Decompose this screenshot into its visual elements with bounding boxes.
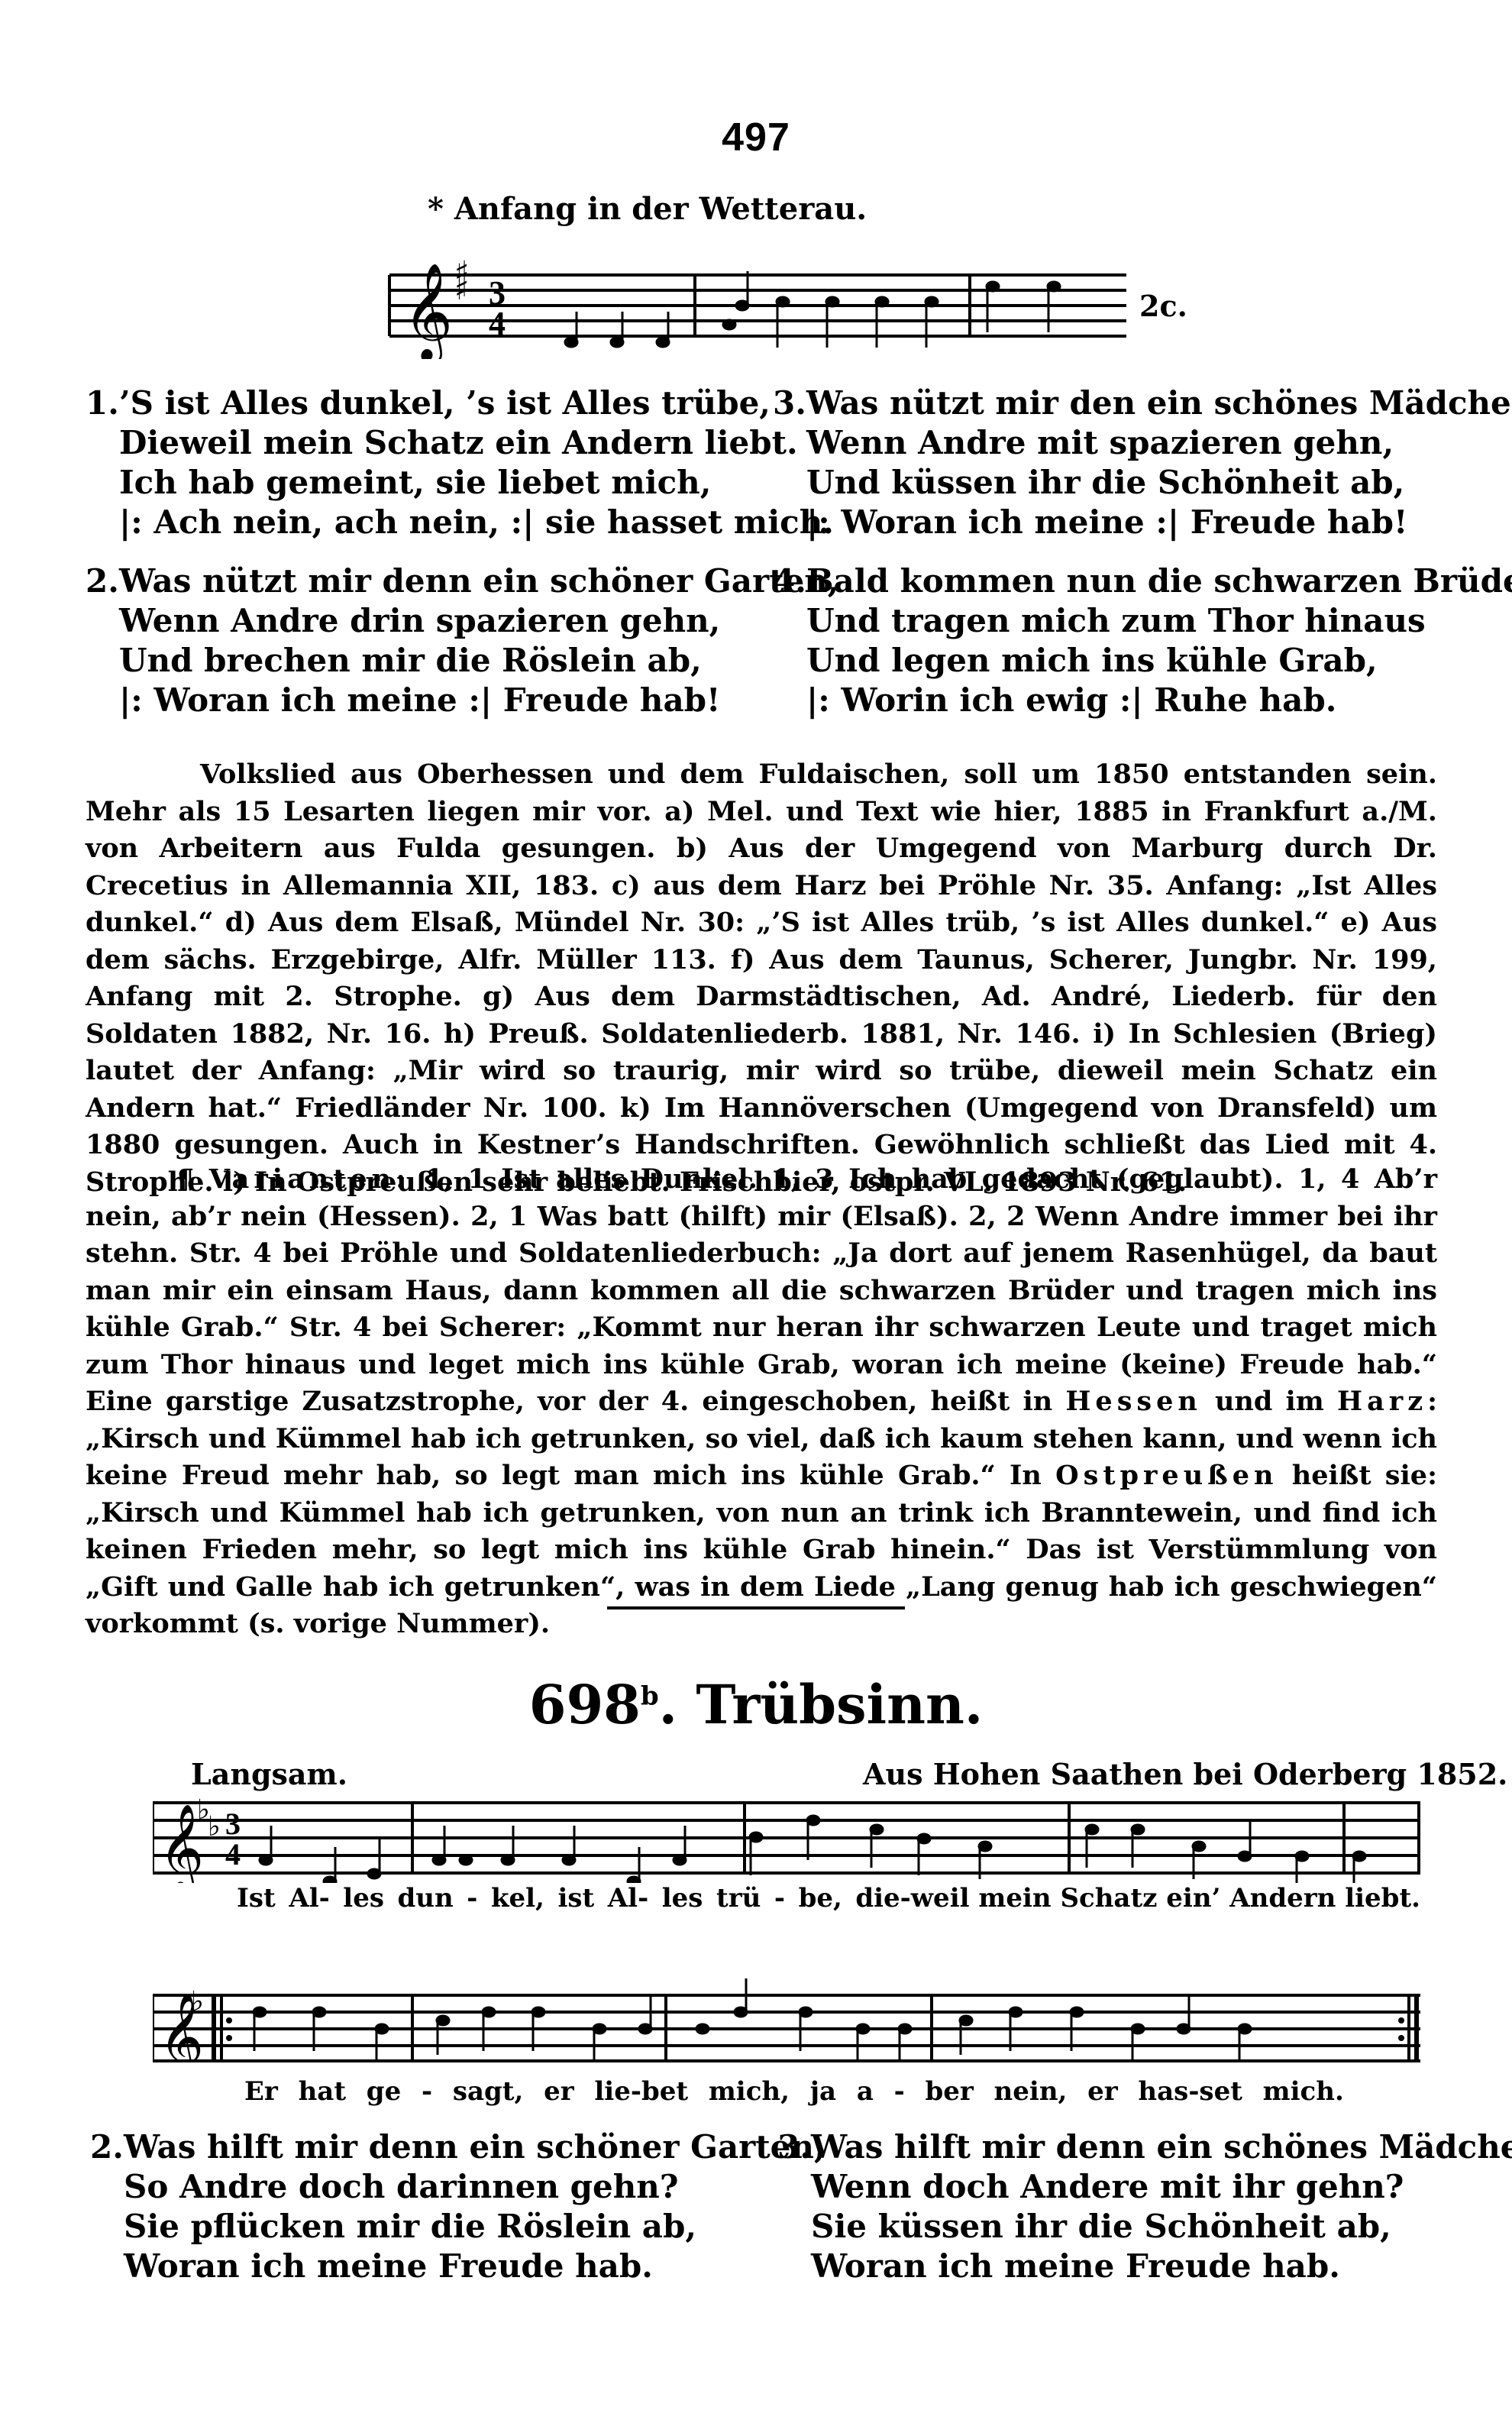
- incipit-caption: * Anfang in der Wetterau.: [428, 191, 867, 227]
- song-title: 698b. Trübsinn.: [0, 1673, 1512, 1736]
- incipit-music-staff: 𝄞 ♯ ♯ 3 4: [382, 244, 1145, 359]
- flat-icon: ♭: [208, 1811, 221, 1842]
- section-divider: [607, 1606, 905, 1609]
- song2-verse-3: 3.Was hilft mir denn ein schönes Mädchen…: [777, 2127, 1512, 2286]
- variants-paragraph: ¶ Varianten: 1, 1 Ist alles Dunkel. 1, 3…: [86, 1161, 1437, 1643]
- staff-2-lyrics: Er hat ge - sagt, er lie-bet mich, ja a …: [244, 2076, 1344, 2107]
- flat-icon: ♭: [191, 1986, 204, 2017]
- svg-text:4: 4: [225, 1837, 241, 1871]
- verse-2: 2.Was nützt mir denn ein schöner Garten,…: [86, 561, 838, 720]
- etc-mark: 2c.: [1139, 289, 1187, 323]
- commentary-paragraph: Volkslied aus Oberhessen und dem Fuldais…: [86, 756, 1437, 1201]
- pilcrow-icon: ¶: [177, 1163, 194, 1195]
- music-staff-1: 𝄞 ♭ ♭ 3 4: [153, 1784, 1420, 1883]
- svg-text:4: 4: [489, 305, 506, 342]
- page-number: 497: [0, 115, 1512, 160]
- staff-1-lyrics: Ist Al- les dun - kel, ist Al- les trü -…: [237, 1883, 1420, 1914]
- variants-label: Varianten:: [209, 1163, 410, 1195]
- music-staff-2: 𝄞 ♭: [153, 1948, 1420, 2062]
- verse-4: 4.Bald kommen nun die schwarzen Brüder U…: [773, 561, 1512, 720]
- sharp-icon: ♯: [454, 272, 469, 307]
- svg-text:3: 3: [225, 1807, 241, 1841]
- song2-verse-2: 2.Was hilft mir denn ein schöner Garten,…: [90, 2127, 825, 2286]
- verse-3: 3.Was nützt mir den ein schönes Mädchen,…: [773, 383, 1512, 542]
- treble-clef-icon: 𝄞: [403, 262, 453, 359]
- verse-1: 1.’S ist Alles dunkel, ’s ist Alles trüb…: [86, 383, 834, 542]
